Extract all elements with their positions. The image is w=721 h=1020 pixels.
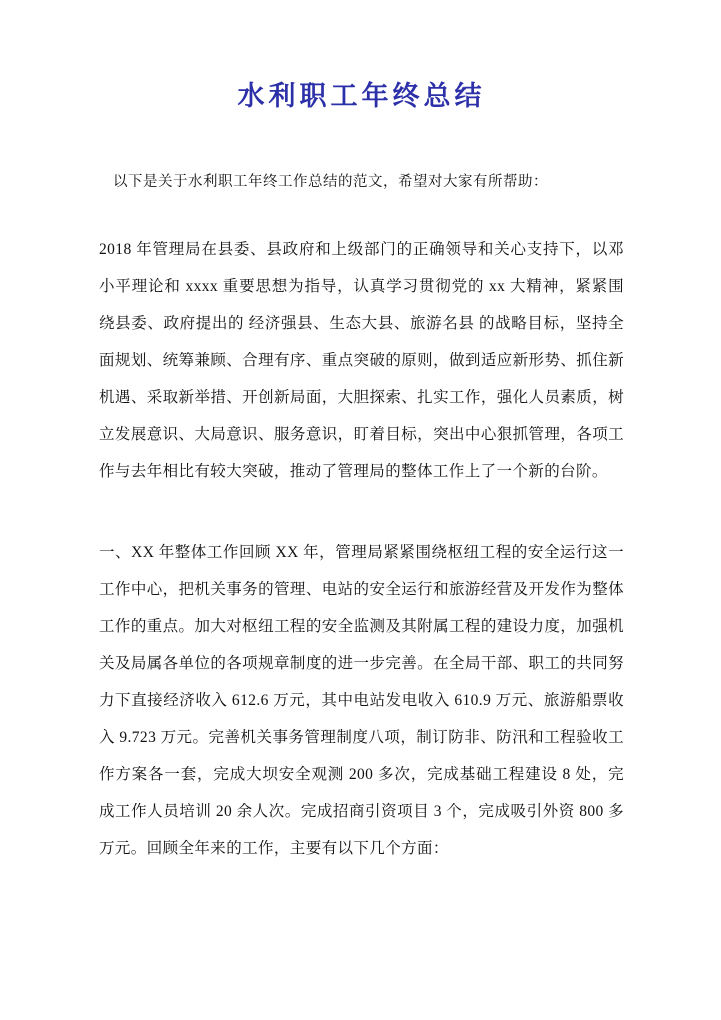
body-paragraph-overview: 2018 年管理局在县委、县政府和上级部门的正确领导和关心支持下，以邓小平理论和… (99, 231, 624, 490)
intro-paragraph: 以下是关于水利职工年终工作总结的范文，希望对大家有所帮助： (99, 164, 624, 201)
document-page: 水利职工年终总结 以下是关于水利职工年终工作总结的范文，希望对大家有所帮助： 2… (0, 0, 721, 1020)
body-paragraph-review: 一、XX 年整体工作回顾 XX 年，管理局紧紧围绕枢纽工程的安全运行这一工作中心… (99, 534, 624, 867)
document-title: 水利职工年终总结 (99, 76, 624, 116)
